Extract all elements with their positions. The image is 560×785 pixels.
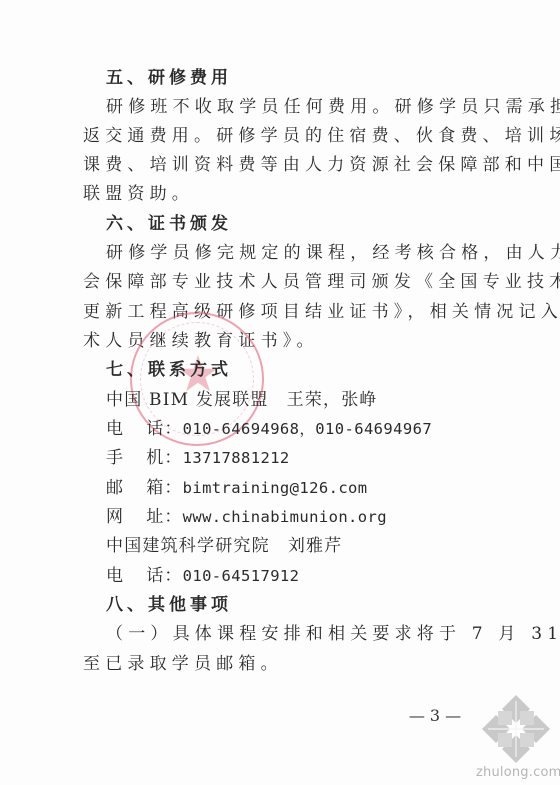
contact-phone-line: 电话：010-64517912 bbox=[106, 562, 496, 591]
field-label: 邮 bbox=[106, 478, 124, 498]
paragraph-line: 返交通费用。研修学员的住宿费、伙食费、培训场地费、讲 bbox=[83, 122, 473, 151]
paragraph-line: 术人员继续教育证书》。 bbox=[83, 327, 473, 356]
field-label: 电 bbox=[106, 419, 124, 439]
field-label: 箱： bbox=[146, 478, 182, 498]
field-label: 手 bbox=[106, 448, 124, 468]
section-heading-other: 八、其他事项 bbox=[106, 591, 496, 620]
watermark-text: zhulong.com bbox=[476, 765, 558, 780]
contact-people: 王荣，张峥 bbox=[287, 390, 378, 410]
contact-organization-line: 中国建筑科学研究院刘雅芹 bbox=[106, 532, 496, 561]
mobile-value: 13717881212 bbox=[183, 449, 290, 467]
paragraph-line: 更新工程高级研修项目结业证书》，相关情况记入《专业技 bbox=[83, 298, 473, 327]
zhulong-logo-icon bbox=[478, 693, 554, 765]
paragraph-line: 会保障部专业技术人员管理司颁发《全国专业技术人才知识 bbox=[83, 268, 473, 297]
website-value: www.chinabimunion.org bbox=[183, 508, 387, 526]
paragraph-line: 研修班不收取学员任何费用。研修学员只需承担各自往 bbox=[106, 93, 473, 122]
contact-people: 刘雅芹 bbox=[288, 536, 343, 556]
paragraph-line: （一）具体课程安排和相关要求将于 7 月 31 日后发送 bbox=[106, 620, 473, 649]
page-number: — 3 — bbox=[405, 704, 465, 728]
paragraph-line: 联盟资助。 bbox=[83, 180, 473, 209]
field-label: 网 bbox=[106, 507, 124, 527]
contact-mobile-line: 手机：13717881212 bbox=[106, 444, 496, 473]
paragraph-line: 研修学员修完规定的课程，经考核合格，由人力资源社 bbox=[106, 239, 473, 268]
section-heading-certificate: 六、证书颁发 bbox=[106, 210, 496, 239]
section-heading-fees: 五、研修费用 bbox=[106, 64, 496, 93]
field-label: 址： bbox=[146, 507, 182, 527]
field-label: 机： bbox=[146, 448, 182, 468]
email-value: bimtraining@126.com bbox=[183, 479, 368, 497]
paragraph-line: 至已录取学员邮箱。 bbox=[83, 650, 473, 679]
organization-name: 中国 BIM 发展联盟 bbox=[106, 390, 269, 410]
document-page: 五、研修费用 研修班不收取学员任何费用。研修学员只需承担各自往 返交通费用。研修… bbox=[0, 0, 560, 785]
zhulong-watermark: zhulong.com bbox=[478, 693, 554, 783]
organization-name: 中国建筑科学研究院 bbox=[106, 536, 270, 556]
field-label: 话： bbox=[146, 566, 182, 586]
contact-organization-line: 中国 BIM 发展联盟王荣，张峥 bbox=[106, 386, 496, 415]
contact-phone-line: 电话：010-64694968，010-64694967 bbox=[106, 415, 496, 444]
contact-email-line: 邮箱：bimtraining@126.com bbox=[106, 474, 496, 503]
contact-website-line: 网址：www.chinabimunion.org bbox=[106, 503, 496, 532]
field-label: 话： bbox=[146, 419, 182, 439]
paragraph-line: 课费、培训资料费等由人力资源社会保障部和中国 BIM 发展 bbox=[83, 151, 473, 180]
field-label: 电 bbox=[106, 566, 124, 586]
phone-value: 010-64694968，010-64694967 bbox=[183, 420, 432, 438]
section-heading-contact: 七、联系方式 bbox=[106, 356, 496, 385]
phone-value: 010-64517912 bbox=[183, 567, 300, 585]
